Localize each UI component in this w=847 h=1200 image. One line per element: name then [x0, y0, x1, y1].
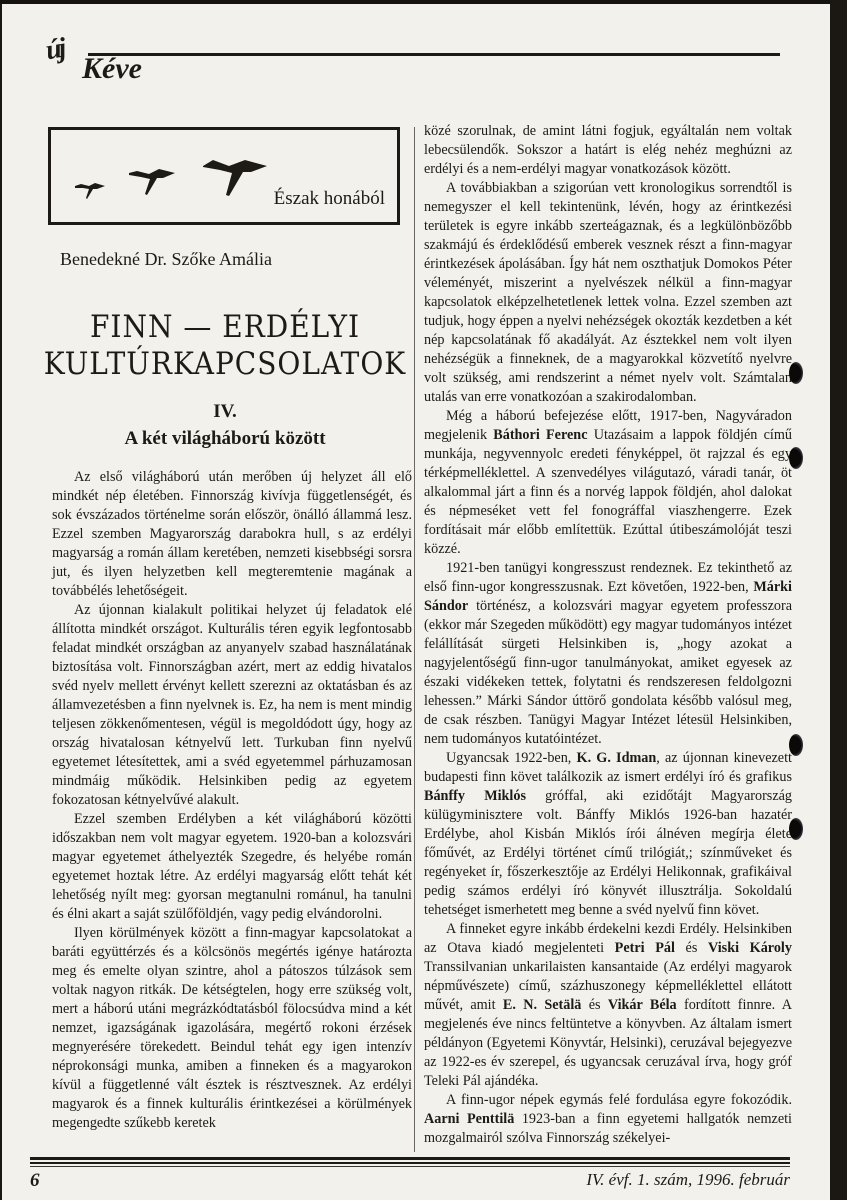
- person-name: Petri Pál: [615, 940, 675, 956]
- article-title-line1: FINN — ERDÉLYI: [40, 308, 410, 344]
- part-number: IV.: [40, 401, 410, 423]
- part-title: A két világháború között: [40, 428, 410, 450]
- column-divider: [414, 127, 415, 1152]
- issue-info: IV. évf. 1. szám, 1996. február: [586, 1170, 790, 1190]
- paragraph: Ugyancsak 1922-ben, K. G. Idman, az újon…: [424, 749, 792, 920]
- paragraph: A továbbiakban a szigorúan vett kronolog…: [424, 179, 792, 407]
- punch-hole: [789, 362, 803, 384]
- paragraph: Az első világháború után merőben új hely…: [52, 468, 412, 601]
- paragraph: Még a háború befejezése előtt, 1917-ben,…: [424, 407, 792, 559]
- right-column: közé szorulnak, de amint látni fogjuk, e…: [424, 122, 792, 1148]
- paragraph: A finn-ugor népek egymás felé fordulása …: [424, 1091, 792, 1148]
- footer-rule: [30, 1166, 790, 1167]
- article-author: Benedekné Dr. Szőke Amália: [60, 249, 272, 270]
- person-name: E. N. Setälä: [503, 997, 582, 1013]
- person-name: Viski Károly: [708, 940, 792, 956]
- paragraph: Ezzel szemben Erdélyben a két világhábor…: [52, 810, 412, 924]
- person-name: Aarni Penttilä: [424, 1111, 514, 1127]
- person-name: Vikár Béla: [608, 997, 677, 1013]
- paragraph: 1921-ben tanügyi kongresszust rendeznek.…: [424, 559, 792, 749]
- section-banner: Észak honából: [48, 127, 400, 225]
- punch-hole: [789, 447, 803, 469]
- person-name: Báthori Ferenc: [493, 427, 587, 443]
- flying-geese-icon: [71, 138, 271, 208]
- paragraph: Ilyen körülmények között a finn-magyar k…: [52, 924, 412, 1133]
- punch-hole: [789, 734, 803, 756]
- paragraph: A finneket egyre inkább érdekelni kezdi …: [424, 920, 792, 1091]
- person-name: K. G. Idman: [577, 750, 657, 766]
- page-number: 6: [30, 1170, 40, 1192]
- article-title-line2: KULTÚRKAPCSOLATOK: [40, 345, 410, 381]
- person-name: Bánffy Miklós: [424, 788, 526, 804]
- masthead-rule: [88, 53, 780, 56]
- punch-hole: [789, 818, 803, 840]
- paragraph: közé szorulnak, de amint látni fogjuk, e…: [424, 122, 792, 179]
- footer-rule: [30, 1162, 790, 1164]
- footer-rule: [30, 1157, 790, 1160]
- banner-title: Észak honából: [274, 188, 385, 210]
- logo-keve: Kéve: [82, 52, 142, 86]
- paragraph: Az újonnan kialakult politikai helyzet ú…: [52, 601, 412, 810]
- scan-border-right: [830, 0, 847, 1200]
- left-column: Az első világháború után merőben új hely…: [52, 468, 412, 1133]
